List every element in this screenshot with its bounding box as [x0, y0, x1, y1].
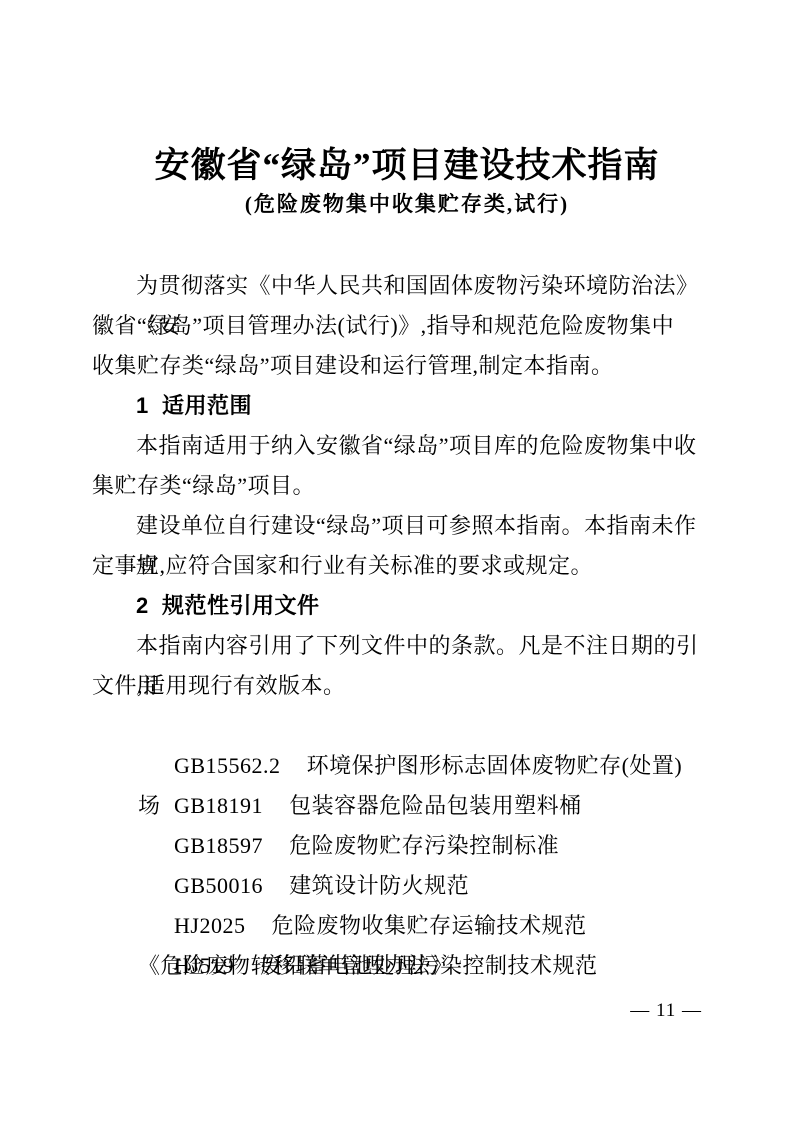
section-2-para-1-line-2: 文件,适用现行有效版本。: [92, 666, 704, 706]
page-number: — 11 —: [630, 1000, 702, 1022]
section-1-para-1-line-1: 本指南适用于纳入安徽省“绿岛”项目库的危险废物集中收: [92, 426, 704, 466]
document-title: 安徽省“绿岛”项目建设技术指南: [92, 138, 722, 188]
intro-line-1: 为贯彻落实《中华人民共和国固体废物污染环境防治法》《安: [92, 266, 704, 306]
section-1-para-2-line-2: 定事宜,应符合国家和行业有关标准的要求或规定。: [92, 546, 704, 586]
section-2-heading: 2 规范性引用文件: [92, 586, 704, 626]
reference-title: 危险废物收集贮存运输技术规范: [271, 913, 586, 938]
reference-doc-item: 《危险废物转移联单管理办法》: [92, 946, 704, 986]
intro-line-3: 收集贮存类“绿岛”项目建设和运行管理,制定本指南。: [92, 346, 704, 386]
document-body: 为贯彻落实《中华人民共和国固体废物污染环境防治法》《安 徽省“绿岛”项目管理办法…: [92, 266, 704, 986]
reference-item: GB15562.2环境保护图形标志固体废物贮存(处置)场: [92, 706, 704, 746]
intro-line-2: 徽省“绿岛”项目管理办法(试行)》,指导和规范危险废物集中: [92, 306, 704, 346]
reference-code: GB15562.2: [174, 753, 281, 778]
reference-code: GB18597: [174, 833, 263, 858]
reference-code: HJ2025: [174, 913, 245, 938]
reference-title: 危险废物贮存污染控制标准: [289, 833, 559, 858]
reference-title: 包装容器危险品包装用塑料桶: [289, 793, 582, 818]
section-1-heading: 1 适用范围: [92, 386, 704, 426]
section-1-para-1-line-2: 集贮存类“绿岛”项目。: [92, 466, 704, 506]
document-page: 安徽省“绿岛”项目建设技术指南 (危险废物集中收集贮存类,试行) 为贯彻落实《中…: [0, 0, 794, 1122]
section-1-para-2-line-1: 建设单位自行建设“绿岛”项目可参照本指南。本指南未作规: [92, 506, 704, 546]
document-subtitle: (危险废物集中收集贮存类,试行): [92, 188, 722, 218]
reference-title: 建筑设计防火规范: [289, 873, 469, 898]
reference-code: GB50016: [174, 873, 263, 898]
reference-code: GB18191: [174, 793, 263, 818]
section-2-para-1-line-1: 本指南内容引用了下列文件中的条款。凡是不注日期的引用: [92, 626, 704, 666]
